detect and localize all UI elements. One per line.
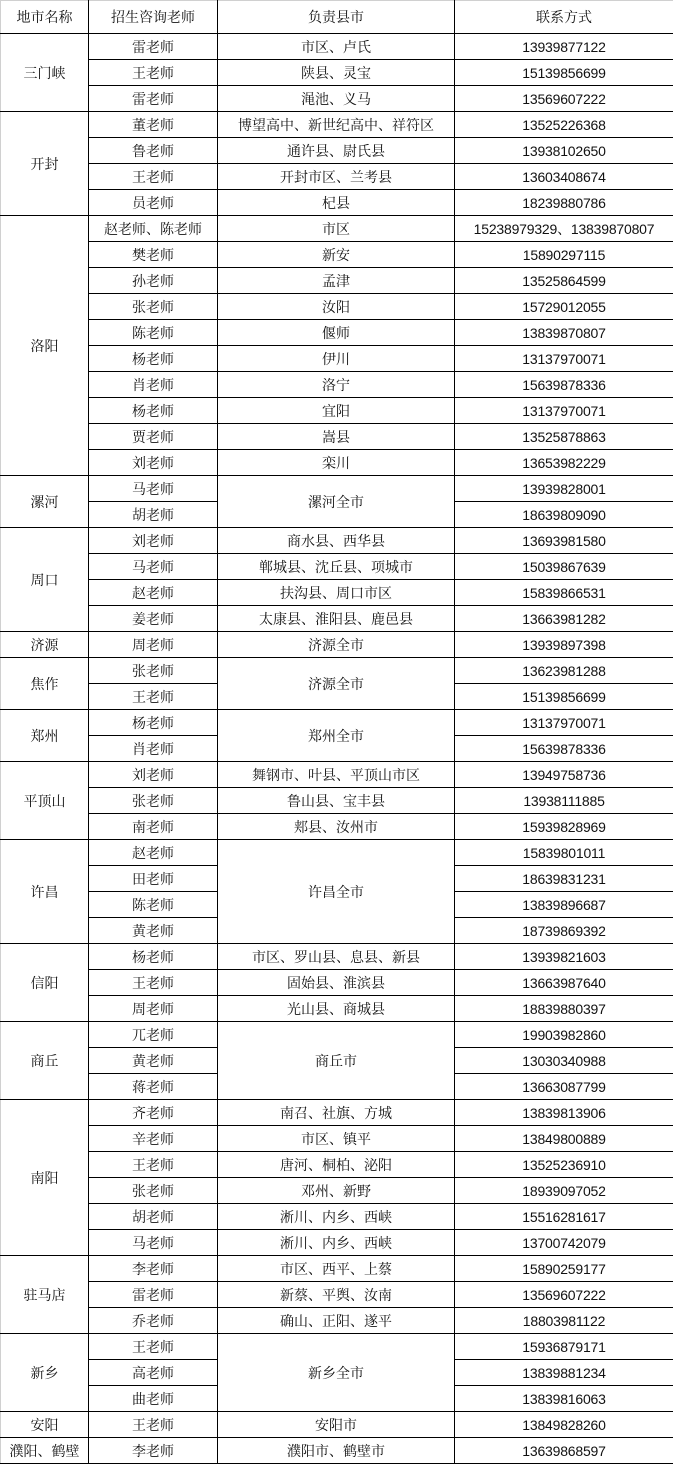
header-contact: 联系方式	[455, 1, 673, 34]
phone-cell: 18739869392	[455, 918, 673, 944]
teacher-cell: 肖老师	[89, 372, 218, 398]
phone-cell: 13939877122	[455, 34, 673, 60]
teacher-cell: 黄老师	[89, 918, 218, 944]
table-row: 王老师唐河、桐柏、泌阳13525236910	[1, 1152, 673, 1178]
phone-cell: 15238979329、13839870807	[455, 216, 673, 242]
city-cell: 洛阳	[1, 216, 89, 476]
area-cell: 汝阳	[218, 294, 455, 320]
phone-cell: 15839801011	[455, 840, 673, 866]
teacher-cell: 王老师	[89, 1334, 218, 1360]
teacher-cell: 王老师	[89, 164, 218, 190]
area-cell: 商丘市	[218, 1022, 455, 1100]
teacher-cell: 樊老师	[89, 242, 218, 268]
teacher-cell: 张老师	[89, 1178, 218, 1204]
table-row: 张老师汝阳15729012055	[1, 294, 673, 320]
phone-cell: 13949758736	[455, 762, 673, 788]
table-row: 姜老师太康县、淮阳县、鹿邑县13663981282	[1, 606, 673, 632]
teacher-cell: 赵老师	[89, 840, 218, 866]
city-cell: 信阳	[1, 944, 89, 1022]
header-area: 负责县市	[218, 1, 455, 34]
teacher-cell: 孙老师	[89, 268, 218, 294]
area-cell: 嵩县	[218, 424, 455, 450]
area-cell: 固始县、淮滨县	[218, 970, 455, 996]
table-row: 新乡王老师新乡全市15936879171	[1, 1334, 673, 1360]
phone-cell: 15839866531	[455, 580, 673, 606]
phone-cell: 15516281617	[455, 1204, 673, 1230]
area-cell: 太康县、淮阳县、鹿邑县	[218, 606, 455, 632]
phone-cell: 13569607222	[455, 86, 673, 112]
phone-cell: 13939897398	[455, 632, 673, 658]
teacher-cell: 王老师	[89, 970, 218, 996]
phone-cell: 13938111885	[455, 788, 673, 814]
city-cell: 安阳	[1, 1412, 89, 1438]
contact-table: 地市名称 招生咨询老师 负责县市 联系方式 三门峡雷老师市区、卢氏1393987…	[0, 0, 673, 1464]
table-row: 胡老师淅川、内乡、西峡15516281617	[1, 1204, 673, 1230]
phone-cell: 18839880397	[455, 996, 673, 1022]
teacher-cell: 杨老师	[89, 398, 218, 424]
teacher-cell: 马老师	[89, 554, 218, 580]
table-row: 孙老师孟津13525864599	[1, 268, 673, 294]
area-cell: 陕县、灵宝	[218, 60, 455, 86]
area-cell: 伊川	[218, 346, 455, 372]
city-cell: 濮阳、鹤壁	[1, 1438, 89, 1464]
table-row: 三门峡雷老师市区、卢氏13939877122	[1, 34, 673, 60]
table-row: 辛老师市区、镇平13849800889	[1, 1126, 673, 1152]
table-row: 乔老师确山、正阳、遂平18803981122	[1, 1308, 673, 1334]
teacher-cell: 高老师	[89, 1360, 218, 1386]
table-row: 员老师杞县18239880786	[1, 190, 673, 216]
teacher-cell: 张老师	[89, 294, 218, 320]
phone-cell: 13137970071	[455, 710, 673, 736]
city-cell: 新乡	[1, 1334, 89, 1412]
teacher-cell: 马老师	[89, 1230, 218, 1256]
phone-cell: 13653982229	[455, 450, 673, 476]
area-cell: 扶沟县、周口市区	[218, 580, 455, 606]
area-cell: 孟津	[218, 268, 455, 294]
teacher-cell: 刘老师	[89, 450, 218, 476]
phone-cell: 15890297115	[455, 242, 673, 268]
header-row: 地市名称 招生咨询老师 负责县市 联系方式	[1, 1, 673, 34]
city-cell: 许昌	[1, 840, 89, 944]
phone-cell: 13525226368	[455, 112, 673, 138]
table-row: 商丘兀老师商丘市19903982860	[1, 1022, 673, 1048]
table-row: 漯河马老师漯河全市13939828001	[1, 476, 673, 502]
phone-cell: 13939828001	[455, 476, 673, 502]
table-body: 三门峡雷老师市区、卢氏13939877122王老师陕县、灵宝1513985669…	[1, 34, 673, 1464]
phone-cell: 15639878336	[455, 372, 673, 398]
phone-cell: 18639831231	[455, 866, 673, 892]
teacher-cell: 陈老师	[89, 892, 218, 918]
table-row: 南阳齐老师南召、社旗、方城13839813906	[1, 1100, 673, 1126]
phone-cell: 13603408674	[455, 164, 673, 190]
teacher-cell: 胡老师	[89, 1204, 218, 1230]
phone-cell: 15139856699	[455, 60, 673, 86]
phone-cell: 13639868597	[455, 1438, 673, 1464]
city-cell: 三门峡	[1, 34, 89, 112]
teacher-cell: 田老师	[89, 866, 218, 892]
phone-cell: 15139856699	[455, 684, 673, 710]
teacher-cell: 王老师	[89, 1152, 218, 1178]
phone-cell: 13137970071	[455, 346, 673, 372]
teacher-cell: 辛老师	[89, 1126, 218, 1152]
area-cell: 舞钢市、叶县、平顶山市区	[218, 762, 455, 788]
table-row: 雷老师新蔡、平舆、汝南13569607222	[1, 1282, 673, 1308]
area-cell: 市区、西平、上蔡	[218, 1256, 455, 1282]
area-cell: 唐河、桐柏、泌阳	[218, 1152, 455, 1178]
table-row: 贾老师嵩县13525878863	[1, 424, 673, 450]
phone-cell: 18803981122	[455, 1308, 673, 1334]
teacher-cell: 李老师	[89, 1256, 218, 1282]
city-cell: 商丘	[1, 1022, 89, 1100]
area-cell: 郑州全市	[218, 710, 455, 762]
phone-cell: 18239880786	[455, 190, 673, 216]
table-row: 张老师鲁山县、宝丰县13938111885	[1, 788, 673, 814]
teacher-cell: 王老师	[89, 684, 218, 710]
teacher-cell: 蒋老师	[89, 1074, 218, 1100]
table-row: 赵老师扶沟县、周口市区15839866531	[1, 580, 673, 606]
area-cell: 博望高中、新世纪高中、祥符区	[218, 112, 455, 138]
table-row: 马老师淅川、内乡、西峡13700742079	[1, 1230, 673, 1256]
table-row: 王老师固始县、淮滨县13663987640	[1, 970, 673, 996]
city-cell: 济源	[1, 632, 89, 658]
area-cell: 许昌全市	[218, 840, 455, 944]
area-cell: 市区、卢氏	[218, 34, 455, 60]
phone-cell: 15039867639	[455, 554, 673, 580]
table-row: 周口刘老师商水县、西华县13693981580	[1, 528, 673, 554]
area-cell: 偃师	[218, 320, 455, 346]
table-row: 南老师郏县、汝州市15939828969	[1, 814, 673, 840]
phone-cell: 19903982860	[455, 1022, 673, 1048]
phone-cell: 13839813906	[455, 1100, 673, 1126]
table-row: 信阳杨老师市区、罗山县、息县、新县13939821603	[1, 944, 673, 970]
table-row: 王老师陕县、灵宝15139856699	[1, 60, 673, 86]
table-row: 肖老师洛宁15639878336	[1, 372, 673, 398]
teacher-cell: 乔老师	[89, 1308, 218, 1334]
phone-cell: 13939821603	[455, 944, 673, 970]
table-row: 杨老师宜阳13137970071	[1, 398, 673, 424]
teacher-cell: 马老师	[89, 476, 218, 502]
area-cell: 淅川、内乡、西峡	[218, 1230, 455, 1256]
city-cell: 平顶山	[1, 762, 89, 840]
area-cell: 鲁山县、宝丰县	[218, 788, 455, 814]
area-cell: 邓州、新野	[218, 1178, 455, 1204]
phone-cell: 13693981580	[455, 528, 673, 554]
area-cell: 淅川、内乡、西峡	[218, 1204, 455, 1230]
phone-cell: 13849828260	[455, 1412, 673, 1438]
area-cell: 渑池、义马	[218, 86, 455, 112]
table-row: 杨老师伊川13137970071	[1, 346, 673, 372]
table-row: 陈老师偃师13839870807	[1, 320, 673, 346]
area-cell: 市区、镇平	[218, 1126, 455, 1152]
table-row: 郑州杨老师郑州全市13137970071	[1, 710, 673, 736]
teacher-cell: 曲老师	[89, 1386, 218, 1412]
teacher-cell: 南老师	[89, 814, 218, 840]
table-row: 王老师开封市区、兰考县13603408674	[1, 164, 673, 190]
header-city: 地市名称	[1, 1, 89, 34]
teacher-cell: 周老师	[89, 632, 218, 658]
header-teacher: 招生咨询老师	[89, 1, 218, 34]
phone-cell: 13663987640	[455, 970, 673, 996]
phone-cell: 13525878863	[455, 424, 673, 450]
area-cell: 新蔡、平舆、汝南	[218, 1282, 455, 1308]
teacher-cell: 齐老师	[89, 1100, 218, 1126]
phone-cell: 13839896687	[455, 892, 673, 918]
teacher-cell: 张老师	[89, 788, 218, 814]
teacher-cell: 陈老师	[89, 320, 218, 346]
city-cell: 漯河	[1, 476, 89, 528]
teacher-cell: 赵老师	[89, 580, 218, 606]
table-row: 济源周老师济源全市13939897398	[1, 632, 673, 658]
table-row: 濮阳、鹤壁李老师濮阳市、鹤壁市13639868597	[1, 1438, 673, 1464]
table-row: 洛阳赵老师、陈老师市区15238979329、13839870807	[1, 216, 673, 242]
phone-cell: 13663981282	[455, 606, 673, 632]
city-cell: 驻马店	[1, 1256, 89, 1334]
phone-cell: 15729012055	[455, 294, 673, 320]
teacher-cell: 王老师	[89, 1412, 218, 1438]
phone-cell: 13839816063	[455, 1386, 673, 1412]
area-cell: 漯河全市	[218, 476, 455, 528]
teacher-cell: 贾老师	[89, 424, 218, 450]
teacher-cell: 杨老师	[89, 944, 218, 970]
teacher-cell: 胡老师	[89, 502, 218, 528]
phone-cell: 13700742079	[455, 1230, 673, 1256]
area-cell: 开封市区、兰考县	[218, 164, 455, 190]
teacher-cell: 刘老师	[89, 762, 218, 788]
teacher-cell: 杨老师	[89, 710, 218, 736]
phone-cell: 13137970071	[455, 398, 673, 424]
area-cell: 栾川	[218, 450, 455, 476]
table-row: 刘老师栾川13653982229	[1, 450, 673, 476]
phone-cell: 15936879171	[455, 1334, 673, 1360]
city-cell: 开封	[1, 112, 89, 216]
table-row: 周老师光山县、商城县18839880397	[1, 996, 673, 1022]
phone-cell: 13839881234	[455, 1360, 673, 1386]
area-cell: 济源全市	[218, 658, 455, 710]
area-cell: 市区	[218, 216, 455, 242]
teacher-cell: 兀老师	[89, 1022, 218, 1048]
table-row: 马老师郸城县、沈丘县、项城市15039867639	[1, 554, 673, 580]
table-row: 开封董老师博望高中、新世纪高中、祥符区13525226368	[1, 112, 673, 138]
area-cell: 确山、正阳、遂平	[218, 1308, 455, 1334]
teacher-cell: 王老师	[89, 60, 218, 86]
city-cell: 南阳	[1, 1100, 89, 1256]
phone-cell: 18639809090	[455, 502, 673, 528]
area-cell: 市区、罗山县、息县、新县	[218, 944, 455, 970]
phone-cell: 15890259177	[455, 1256, 673, 1282]
area-cell: 宜阳	[218, 398, 455, 424]
area-cell: 杞县	[218, 190, 455, 216]
area-cell: 濮阳市、鹤壁市	[218, 1438, 455, 1464]
teacher-cell: 张老师	[89, 658, 218, 684]
table-row: 樊老师新安15890297115	[1, 242, 673, 268]
teacher-cell: 雷老师	[89, 1282, 218, 1308]
phone-cell: 13569607222	[455, 1282, 673, 1308]
table-row: 雷老师渑池、义马13569607222	[1, 86, 673, 112]
area-cell: 安阳市	[218, 1412, 455, 1438]
teacher-cell: 黄老师	[89, 1048, 218, 1074]
teacher-cell: 董老师	[89, 112, 218, 138]
area-cell: 新安	[218, 242, 455, 268]
teacher-cell: 姜老师	[89, 606, 218, 632]
area-cell: 通许县、尉氏县	[218, 138, 455, 164]
phone-cell: 13030340988	[455, 1048, 673, 1074]
city-cell: 郑州	[1, 710, 89, 762]
table-row: 驻马店李老师市区、西平、上蔡15890259177	[1, 1256, 673, 1282]
table-row: 安阳王老师安阳市13849828260	[1, 1412, 673, 1438]
teacher-cell: 刘老师	[89, 528, 218, 554]
city-cell: 焦作	[1, 658, 89, 710]
phone-cell: 18939097052	[455, 1178, 673, 1204]
area-cell: 郸城县、沈丘县、项城市	[218, 554, 455, 580]
table-row: 焦作张老师济源全市13623981288	[1, 658, 673, 684]
area-cell: 光山县、商城县	[218, 996, 455, 1022]
teacher-cell: 雷老师	[89, 34, 218, 60]
teacher-cell: 李老师	[89, 1438, 218, 1464]
table-row: 鲁老师通许县、尉氏县13938102650	[1, 138, 673, 164]
teacher-cell: 鲁老师	[89, 138, 218, 164]
phone-cell: 13525864599	[455, 268, 673, 294]
phone-cell: 13839870807	[455, 320, 673, 346]
teacher-cell: 周老师	[89, 996, 218, 1022]
area-cell: 商水县、西华县	[218, 528, 455, 554]
phone-cell: 13938102650	[455, 138, 673, 164]
area-cell: 郏县、汝州市	[218, 814, 455, 840]
area-cell: 洛宁	[218, 372, 455, 398]
teacher-cell: 杨老师	[89, 346, 218, 372]
table-row: 平顶山刘老师舞钢市、叶县、平顶山市区13949758736	[1, 762, 673, 788]
city-cell: 周口	[1, 528, 89, 632]
table-row: 张老师邓州、新野18939097052	[1, 1178, 673, 1204]
phone-cell: 13663087799	[455, 1074, 673, 1100]
phone-cell: 13623981288	[455, 658, 673, 684]
area-cell: 南召、社旗、方城	[218, 1100, 455, 1126]
table-row: 许昌赵老师许昌全市15839801011	[1, 840, 673, 866]
teacher-cell: 赵老师、陈老师	[89, 216, 218, 242]
area-cell: 济源全市	[218, 632, 455, 658]
teacher-cell: 雷老师	[89, 86, 218, 112]
phone-cell: 15639878336	[455, 736, 673, 762]
phone-cell: 13525236910	[455, 1152, 673, 1178]
teacher-cell: 员老师	[89, 190, 218, 216]
teacher-cell: 肖老师	[89, 736, 218, 762]
area-cell: 新乡全市	[218, 1334, 455, 1412]
phone-cell: 13849800889	[455, 1126, 673, 1152]
phone-cell: 15939828969	[455, 814, 673, 840]
